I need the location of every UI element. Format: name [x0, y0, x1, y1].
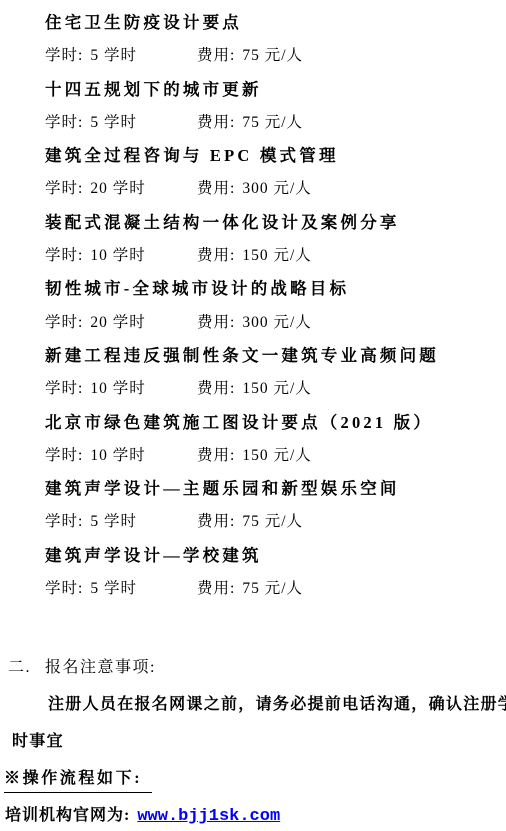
course-hours: 学时:5 学时: [45, 572, 197, 605]
notes-section: 二.报名注意事项: 注册人员在报名网课之前，请务必提前电话沟通，确认注册学 时事…: [0, 649, 506, 831]
course-title: 住宅卫生防疫设计要点: [45, 6, 506, 39]
course-hours: 学时:10 学时: [45, 439, 197, 472]
hours-label: 学时:: [45, 580, 83, 597]
course-title: 北京市绿色建筑施工图设计要点（2021 版）: [45, 406, 506, 439]
notes-heading: 二.报名注意事项:: [0, 649, 506, 686]
course-hours: 学时:5 学时: [45, 106, 197, 139]
course-title: 建筑声学设计—学校建筑: [45, 539, 506, 572]
hours-label: 学时:: [45, 180, 83, 197]
hours-label: 学时:: [45, 314, 83, 331]
fee-value: 150 元/人: [242, 247, 311, 264]
course-item: 新建工程违反强制性条文一建筑专业高频问题 学时:10 学时费用:150 元/人: [45, 339, 506, 406]
hours-value: 10 学时: [90, 447, 145, 464]
hours-value: 5 学时: [90, 114, 137, 131]
course-item: 装配式混凝土结构一体化设计及案例分享 学时:10 学时费用:150 元/人: [45, 206, 506, 273]
hours-value: 10 学时: [90, 247, 145, 264]
course-item: 建筑声学设计—学校建筑 学时:5 学时费用:75 元/人: [45, 539, 506, 606]
course-fee: 费用:150 元/人: [197, 372, 312, 405]
notes-body-line2: 时事宜: [0, 723, 506, 760]
course-item: 建筑全过程咨询与 EPC 模式管理 学时:20 学时费用:300 元/人: [45, 139, 506, 206]
course-item: 北京市绿色建筑施工图设计要点（2021 版） 学时:10 学时费用:150 元/…: [45, 406, 506, 473]
hours-value: 5 学时: [90, 47, 137, 64]
hours-label: 学时:: [45, 47, 83, 64]
course-meta: 学时:10 学时费用:150 元/人: [45, 439, 506, 472]
course-item: 十四五规划下的城市更新 学时:5 学时费用:75 元/人: [45, 73, 506, 140]
fee-label: 费用:: [197, 580, 235, 597]
course-meta: 学时:20 学时费用:300 元/人: [45, 306, 506, 339]
fee-label: 费用:: [197, 247, 235, 264]
course-fee: 费用:75 元/人: [197, 39, 303, 72]
course-title: 建筑声学设计—主题乐园和新型娱乐空间: [45, 472, 506, 505]
course-title: 韧性城市-全球城市设计的战略目标: [45, 272, 506, 305]
course-meta: 学时:10 学时费用:150 元/人: [45, 372, 506, 405]
course-fee: 费用:150 元/人: [197, 239, 312, 272]
course-title: 十四五规划下的城市更新: [45, 73, 506, 106]
course-fee: 费用:300 元/人: [197, 172, 312, 205]
course-item: 住宅卫生防疫设计要点 学时:5 学时费用:75 元/人: [45, 6, 506, 73]
hours-label: 学时:: [45, 114, 83, 131]
fee-value: 300 元/人: [242, 180, 311, 197]
hours-label: 学时:: [45, 447, 83, 464]
course-hours: 学时:20 学时: [45, 306, 197, 339]
fee-label: 费用:: [197, 447, 235, 464]
course-hours: 学时:20 学时: [45, 172, 197, 205]
course-hours: 学时:10 学时: [45, 372, 197, 405]
course-item: 建筑声学设计—主题乐园和新型娱乐空间 学时:5 学时费用:75 元/人: [45, 472, 506, 539]
course-meta: 学时:5 学时费用:75 元/人: [45, 106, 506, 139]
hours-label: 学时:: [45, 247, 83, 264]
course-hours: 学时:10 学时: [45, 239, 197, 272]
course-meta: 学时:5 学时费用:75 元/人: [45, 505, 506, 538]
course-meta: 学时:5 学时费用:75 元/人: [45, 39, 506, 72]
notes-heading-text: 报名注意事项:: [45, 659, 156, 676]
course-fee: 费用:75 元/人: [197, 572, 303, 605]
course-meta: 学时:20 学时费用:300 元/人: [45, 172, 506, 205]
hours-value: 5 学时: [90, 513, 137, 530]
hours-value: 20 学时: [90, 314, 145, 331]
course-title: 装配式混凝土结构一体化设计及案例分享: [45, 206, 506, 239]
fee-label: 费用:: [197, 47, 235, 64]
process-line: ※操作流程如下:: [0, 760, 506, 797]
fee-label: 费用:: [197, 314, 235, 331]
hours-value: 5 学时: [90, 580, 137, 597]
course-fee: 费用:300 元/人: [197, 306, 312, 339]
fee-label: 费用:: [197, 380, 235, 397]
course-item: 韧性城市-全球城市设计的战略目标 学时:20 学时费用:300 元/人: [45, 272, 506, 339]
course-fee: 费用:150 元/人: [197, 439, 312, 472]
fee-value: 150 元/人: [242, 380, 311, 397]
website-link[interactable]: www.bjj1sk.com: [137, 807, 280, 826]
fee-value: 75 元/人: [242, 513, 303, 530]
hours-label: 学时:: [45, 380, 83, 397]
fee-label: 费用:: [197, 114, 235, 131]
website-label: 培训机构官网为:: [5, 807, 130, 824]
fee-value: 75 元/人: [242, 580, 303, 597]
fee-label: 费用:: [197, 180, 235, 197]
fee-value: 75 元/人: [242, 47, 303, 64]
course-hours: 学时:5 学时: [45, 39, 197, 72]
course-title: 新建工程违反强制性条文一建筑专业高频问题: [45, 339, 506, 372]
notes-body-line1: 注册人员在报名网课之前，请务必提前电话沟通，确认注册学: [0, 686, 506, 723]
hours-label: 学时:: [45, 513, 83, 530]
fee-label: 费用:: [197, 513, 235, 530]
hours-value: 20 学时: [90, 180, 145, 197]
website-line: 培训机构官网为:www.bjj1sk.com: [0, 797, 506, 831]
course-meta: 学时:5 学时费用:75 元/人: [45, 572, 506, 605]
fee-value: 150 元/人: [242, 447, 311, 464]
notes-section-number: 二.: [8, 649, 45, 686]
fee-value: 75 元/人: [242, 114, 303, 131]
course-fee: 费用:75 元/人: [197, 505, 303, 538]
course-title: 建筑全过程咨询与 EPC 模式管理: [45, 139, 506, 172]
course-fee: 费用:75 元/人: [197, 106, 303, 139]
course-list: 住宅卫生防疫设计要点 学时:5 学时费用:75 元/人 十四五规划下的城市更新 …: [0, 0, 506, 605]
hours-value: 10 学时: [90, 380, 145, 397]
fee-value: 300 元/人: [242, 314, 311, 331]
course-hours: 学时:5 学时: [45, 505, 197, 538]
process-heading: ※操作流程如下:: [4, 766, 152, 793]
course-meta: 学时:10 学时费用:150 元/人: [45, 239, 506, 272]
